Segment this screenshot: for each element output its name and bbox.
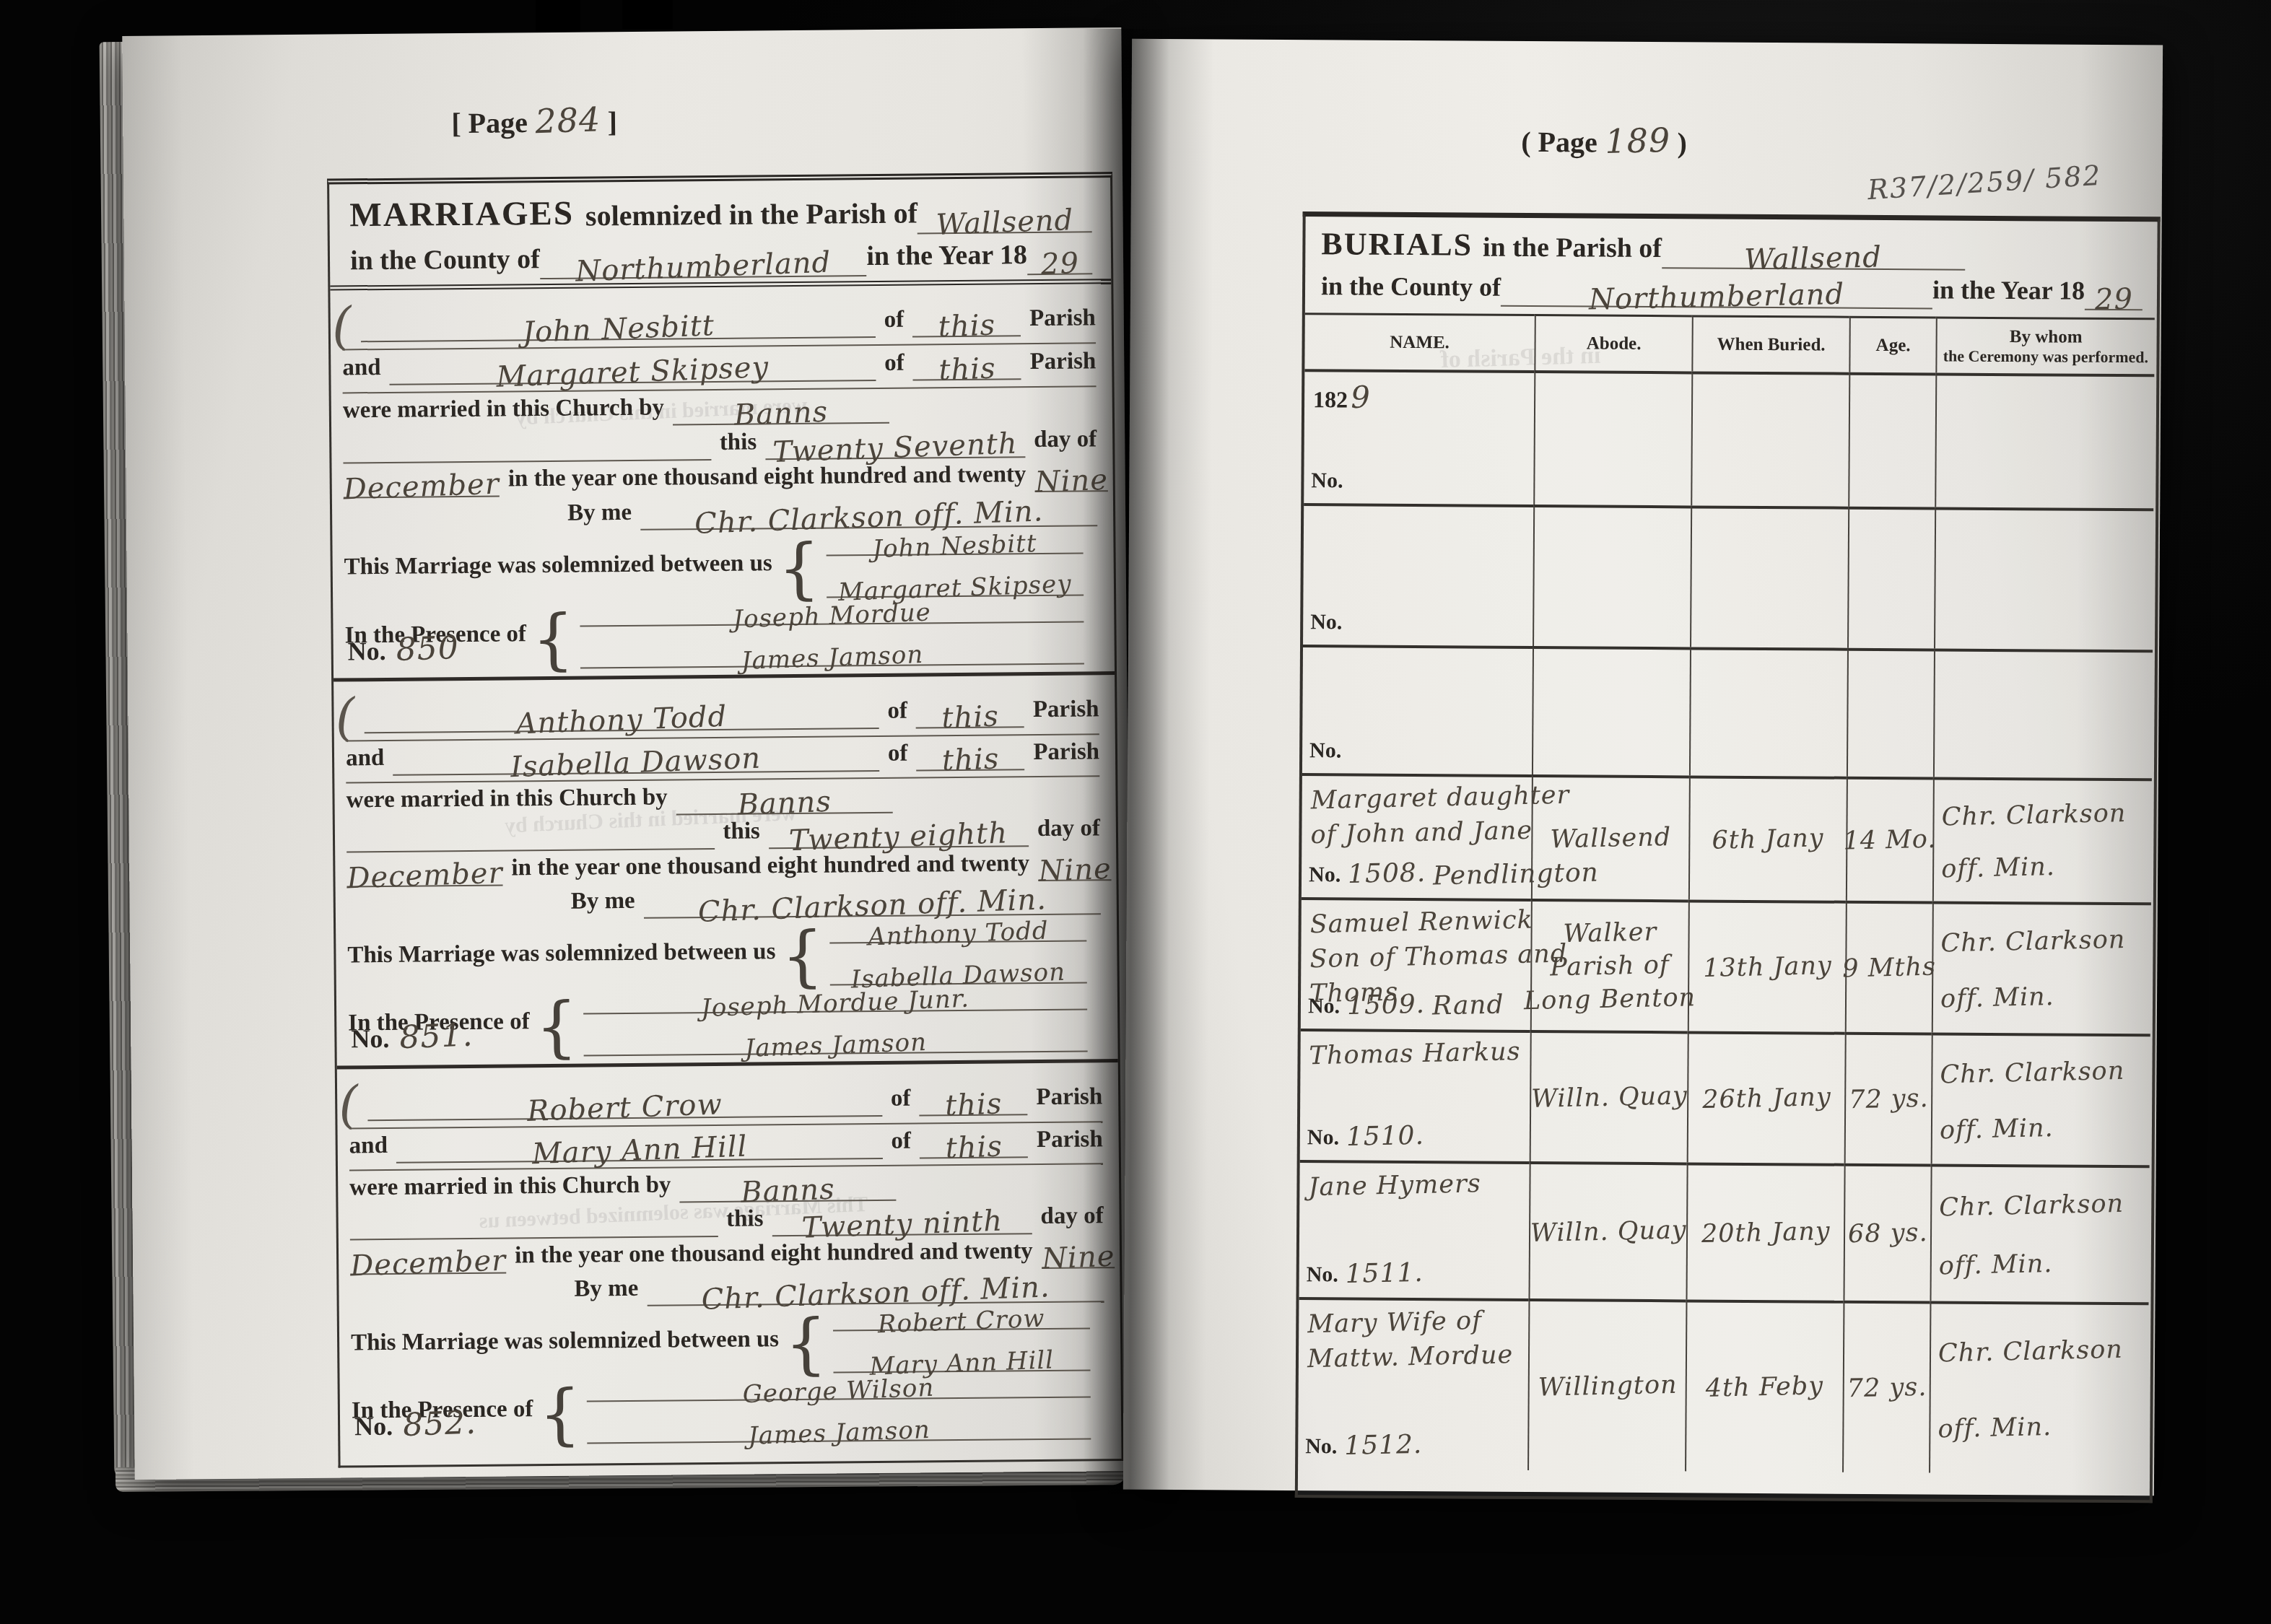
parish-label: Parish bbox=[1036, 1083, 1102, 1115]
burial-row-4-abode: Wallsend bbox=[1531, 774, 1689, 899]
and-label: and bbox=[342, 354, 381, 385]
witness-signature-1: Joseph Mordue bbox=[732, 598, 931, 634]
marriages-page: were married in this Church by were marr… bbox=[122, 27, 1133, 1480]
burial-row-5-when: 13th Jany bbox=[1688, 899, 1846, 1031]
paren-open: ( bbox=[1521, 125, 1531, 163]
burial-row-8-age: 72 ys. bbox=[1842, 1301, 1930, 1473]
witness-signature-1: Joseph Mordue Junr. bbox=[700, 985, 969, 1023]
brace-glyph: { bbox=[785, 1317, 827, 1371]
by-me-label: By me bbox=[567, 499, 632, 531]
burial-row-7-bywhom: Chr. Clarkson off. Min. bbox=[1930, 1164, 2149, 1302]
county-name-handwritten: Northumberland bbox=[1588, 278, 1844, 317]
groom-name: John Nesbitt bbox=[522, 309, 715, 349]
marriage-entry-3: ( Robert Crow of this Parish and Mary An… bbox=[337, 1059, 1122, 1453]
burial-row-7-name: Jane Hymers No. 1511. bbox=[1299, 1160, 1530, 1298]
column-header-when-buried: When Buried. bbox=[1691, 315, 1849, 372]
brace-glyph: { bbox=[532, 613, 575, 666]
ruled-line bbox=[350, 1233, 718, 1240]
entry-number-value: 850 bbox=[396, 629, 460, 668]
page-word: Page bbox=[1538, 125, 1597, 164]
entry-number: No. 851. bbox=[351, 1018, 473, 1058]
bracket-close: ] bbox=[607, 105, 617, 143]
county-label: in the County of bbox=[350, 243, 540, 281]
witness-signature-2: James Jamson bbox=[741, 640, 924, 676]
burial-table: NAME. Abode. When Buried. Age. By whom t… bbox=[1298, 313, 2157, 1474]
burial-row-6-name: Thomas Harkus No. 1510. bbox=[1300, 1029, 1530, 1161]
this-label: this bbox=[720, 429, 757, 460]
marriage-month: December bbox=[346, 856, 504, 895]
burial-row-4-name: Margaret daughter of John and Jane No. 1… bbox=[1302, 773, 1532, 899]
county-label: in the County of bbox=[1321, 271, 1501, 307]
married-by-label: were married in this Church by bbox=[346, 785, 668, 818]
burial-row-5-name: Samuel Renwick Son of Thomas and Thoms. … bbox=[1301, 897, 1531, 1030]
brace-glyph: { bbox=[781, 930, 824, 983]
flourish-paren: ( bbox=[338, 1075, 360, 1135]
burial-row-5-age: 9 Mths bbox=[1845, 901, 1932, 1033]
burial-row-3-when bbox=[1689, 647, 1847, 776]
burial-row-5-abode: Walker Parish of Long Benton bbox=[1530, 899, 1688, 1031]
year-handwritten: 29 bbox=[1040, 247, 1080, 281]
burial-row-4-age: 14 Mo. bbox=[1846, 777, 1933, 902]
of-label: of bbox=[888, 740, 908, 771]
year-label: in the Year 18 bbox=[1932, 274, 2085, 310]
burial-row-8-when: 4th Feby bbox=[1685, 1299, 1843, 1472]
name-continued: Rand bbox=[1432, 990, 1504, 1021]
by-me-label: By me bbox=[571, 888, 635, 920]
binding-strap bbox=[536, 0, 580, 33]
marriage-form-title: MARRIAGES solemnized in the Parish of Wa… bbox=[329, 178, 1111, 290]
marriage-year-word: Nine bbox=[1041, 1239, 1115, 1275]
burial-row-1-name: 182 9 No. bbox=[1304, 369, 1534, 505]
of-label: of bbox=[891, 1127, 911, 1158]
marriage-method: Banns bbox=[737, 785, 832, 822]
burials-title: BURIALS bbox=[1321, 225, 1473, 267]
no-label: No. bbox=[351, 1023, 389, 1058]
witness-signature-2: James Jamson bbox=[744, 1028, 928, 1063]
burial-row-3-abode bbox=[1532, 646, 1690, 775]
ruled-line bbox=[346, 845, 715, 852]
burial-row-3-name: No. bbox=[1302, 645, 1533, 774]
of-label: of bbox=[884, 349, 905, 380]
groom-residence: this bbox=[938, 308, 996, 344]
groom-residence: this bbox=[941, 699, 1000, 735]
burial-row-3-age bbox=[1847, 648, 1934, 777]
solemnized-label: This Marriage was solemnized between us bbox=[344, 550, 772, 585]
burial-number: 1508. bbox=[1348, 858, 1426, 889]
brace-glyph: { bbox=[535, 1000, 577, 1054]
burial-form-title: BURIALS in the Parish of Wallsend in the… bbox=[1305, 217, 2158, 313]
burial-row-1-age bbox=[1848, 372, 1935, 507]
entry-number-value: 852. bbox=[402, 1404, 477, 1444]
no-label: No. bbox=[1308, 994, 1340, 1023]
burial-row-5-bywhom: Chr. Clarkson off. Min. bbox=[1932, 901, 2151, 1034]
flourish-paren: ( bbox=[331, 296, 353, 356]
married-by-label: were married in this Church by bbox=[343, 395, 665, 429]
burial-row-1-abode bbox=[1533, 370, 1691, 505]
marriage-method: Banns bbox=[741, 1173, 836, 1210]
burial-row-4-when: 6th Jany bbox=[1688, 775, 1847, 900]
bride-residence: this bbox=[941, 742, 1000, 777]
burial-row-7-age: 68 ys. bbox=[1843, 1164, 1930, 1301]
parish-label: Parish bbox=[1029, 348, 1096, 380]
burial-row-2-age bbox=[1847, 507, 1935, 649]
day-of-label: day of bbox=[1034, 426, 1097, 458]
and-label: and bbox=[349, 1132, 388, 1163]
parish-label: Parish bbox=[1033, 738, 1099, 770]
marriages-title: MARRIAGES bbox=[349, 194, 574, 240]
bride-residence: this bbox=[938, 352, 996, 387]
year-sentence: in the year one thousand eight hundred a… bbox=[515, 1238, 1033, 1273]
burial-number: 1511. bbox=[1345, 1258, 1424, 1289]
no-label: No. bbox=[1307, 1125, 1339, 1154]
paren-close: ) bbox=[1677, 126, 1687, 164]
page-number-handwritten: 189 bbox=[1604, 121, 1670, 161]
parish-label: Parish bbox=[1029, 305, 1096, 336]
no-label: No. bbox=[1311, 468, 1343, 497]
of-label: of bbox=[887, 698, 907, 729]
marriage-method: Banns bbox=[733, 396, 829, 432]
burials-page: in the Parish of ( Page 189 ) R37/2/259/… bbox=[1123, 39, 2163, 1496]
burial-row-2-when bbox=[1690, 505, 1848, 647]
archive-reference-pencil: R37/2/259/ 582 bbox=[1867, 160, 2103, 206]
burial-row-2-abode bbox=[1533, 505, 1691, 647]
brace-glyph: { bbox=[539, 1388, 581, 1441]
marriage-register-form: MARRIAGES solemnized in the Parish of Wa… bbox=[327, 172, 1124, 1467]
burial-row-7-when: 20th Jany bbox=[1686, 1162, 1844, 1300]
entry-number: No. 850 bbox=[348, 630, 459, 671]
of-label: of bbox=[891, 1086, 911, 1117]
this-label: this bbox=[723, 818, 760, 849]
page-number-handwritten: 284 bbox=[534, 100, 601, 141]
burial-row-6-bywhom: Chr. Clarkson off. Min. bbox=[1931, 1032, 2150, 1165]
marriage-month: December bbox=[343, 468, 500, 507]
no-label: No. bbox=[1307, 1262, 1338, 1291]
burial-row-4-bywhom: Chr. Clarkson off. Min. bbox=[1932, 777, 2152, 902]
year-label: in the Year 18 bbox=[866, 239, 1027, 276]
and-label: and bbox=[346, 744, 385, 775]
burial-row-1-when bbox=[1691, 371, 1849, 506]
marriage-entry-2: ( Anthony Todd of this Parish and Isabel… bbox=[334, 671, 1118, 1065]
this-label: this bbox=[726, 1205, 764, 1236]
day-of-label: day of bbox=[1037, 815, 1100, 847]
parish-name-handwritten: Wallsend bbox=[936, 204, 1074, 242]
burial-register-form: BURIALS in the Parish of Wallsend in the… bbox=[1295, 211, 2161, 1503]
burial-row-8-bywhom: Chr. Clarkson off. Min. bbox=[1929, 1301, 2148, 1474]
burial-row-8-abode: Willington bbox=[1527, 1298, 1686, 1471]
bracket-open: [ bbox=[451, 106, 461, 144]
flourish-paren: ( bbox=[334, 687, 357, 747]
groom-signature: Anthony Todd bbox=[867, 917, 1049, 952]
title-rest: in the Parish of bbox=[1483, 232, 1662, 269]
column-header-name: NAME. bbox=[1304, 313, 1534, 370]
burial-row-2-bywhom bbox=[1934, 507, 2153, 650]
bride-residence: this bbox=[945, 1130, 1003, 1165]
no-label: No. bbox=[354, 1411, 393, 1446]
parish-label: Parish bbox=[1037, 1126, 1103, 1158]
marriage-year-word: Nine bbox=[1037, 852, 1112, 888]
page-word: Page bbox=[468, 105, 528, 144]
solemnized-label: This Marriage was solemnized between us bbox=[347, 938, 775, 973]
burial-row-7-abode: Willn. Quay bbox=[1529, 1161, 1687, 1299]
burial-row-6-abode: Willn. Quay bbox=[1530, 1030, 1688, 1162]
groom-residence: this bbox=[944, 1087, 1003, 1122]
burial-row-6-when: 26th Jany bbox=[1687, 1031, 1845, 1163]
brace-glyph: { bbox=[777, 541, 820, 595]
no-label: No. bbox=[1309, 863, 1341, 891]
page-number-right: ( Page 189 ) bbox=[1521, 121, 1687, 164]
year-handwritten: 29 bbox=[2094, 282, 2133, 316]
burial-row-1-bywhom bbox=[1935, 372, 2154, 508]
parish-name-handwritten: Wallsend bbox=[1744, 240, 1883, 276]
groom-signature: John Nesbitt bbox=[872, 529, 1037, 564]
marriage-year-word: Nine bbox=[1034, 463, 1109, 499]
entry-number: No. 852. bbox=[354, 1405, 476, 1446]
column-header-abode: Abode. bbox=[1534, 314, 1691, 371]
column-header-by-whom: By whom the Ceremony was performed. bbox=[1935, 316, 2154, 374]
column-header-age: Age. bbox=[1849, 316, 1935, 373]
groom-signature: Robert Crow bbox=[877, 1304, 1045, 1339]
year-sentence: in the year one thousand eight hundred a… bbox=[508, 461, 1026, 497]
solemnized-label: This Marriage was solemnized between us bbox=[351, 1326, 779, 1361]
no-label: No. bbox=[348, 636, 386, 671]
burial-row-8-name: Mary Wife of Mattw. Mordue No. 1512. bbox=[1298, 1297, 1528, 1470]
married-by-label: were married in this Church by bbox=[349, 1172, 671, 1206]
photograph-background: were married in this Church by were marr… bbox=[0, 0, 2271, 1624]
burial-number: 1510. bbox=[1346, 1121, 1425, 1152]
witness-signature-1: George Wilson bbox=[742, 1374, 935, 1410]
by-me-label: By me bbox=[574, 1275, 638, 1307]
year-heading: 182 9 bbox=[1313, 379, 1530, 419]
parish-label: Parish bbox=[1033, 696, 1099, 728]
page-number-left: [ Page 284 ] bbox=[451, 100, 617, 144]
burial-row-3-bywhom bbox=[1933, 648, 2153, 778]
day-of-label: day of bbox=[1040, 1202, 1103, 1234]
year-sentence: in the year one thousand eight hundred a… bbox=[511, 850, 1029, 886]
ruled-line bbox=[343, 456, 711, 463]
county-name-handwritten: Northumberland bbox=[575, 246, 832, 289]
burial-number: 1509. bbox=[1347, 990, 1426, 1021]
title-rest: solemnized in the Parish of bbox=[585, 196, 917, 237]
binding-strap bbox=[622, 0, 673, 29]
marriage-month: December bbox=[349, 1244, 507, 1283]
burial-row-6-age: 72 ys. bbox=[1844, 1032, 1932, 1164]
burial-number: 1512. bbox=[1344, 1430, 1423, 1461]
no-label: No. bbox=[1309, 738, 1341, 767]
witness-signature-2: James Jamson bbox=[747, 1415, 930, 1451]
no-label: No. bbox=[1305, 1434, 1337, 1463]
entry-number-value: 851. bbox=[399, 1016, 474, 1056]
marriage-entry-1: ( John Nesbitt of this Parish and Margar… bbox=[330, 284, 1115, 678]
burial-row-2-name: No. bbox=[1303, 503, 1533, 646]
of-label: of bbox=[884, 307, 904, 338]
no-label: No. bbox=[1310, 610, 1342, 639]
